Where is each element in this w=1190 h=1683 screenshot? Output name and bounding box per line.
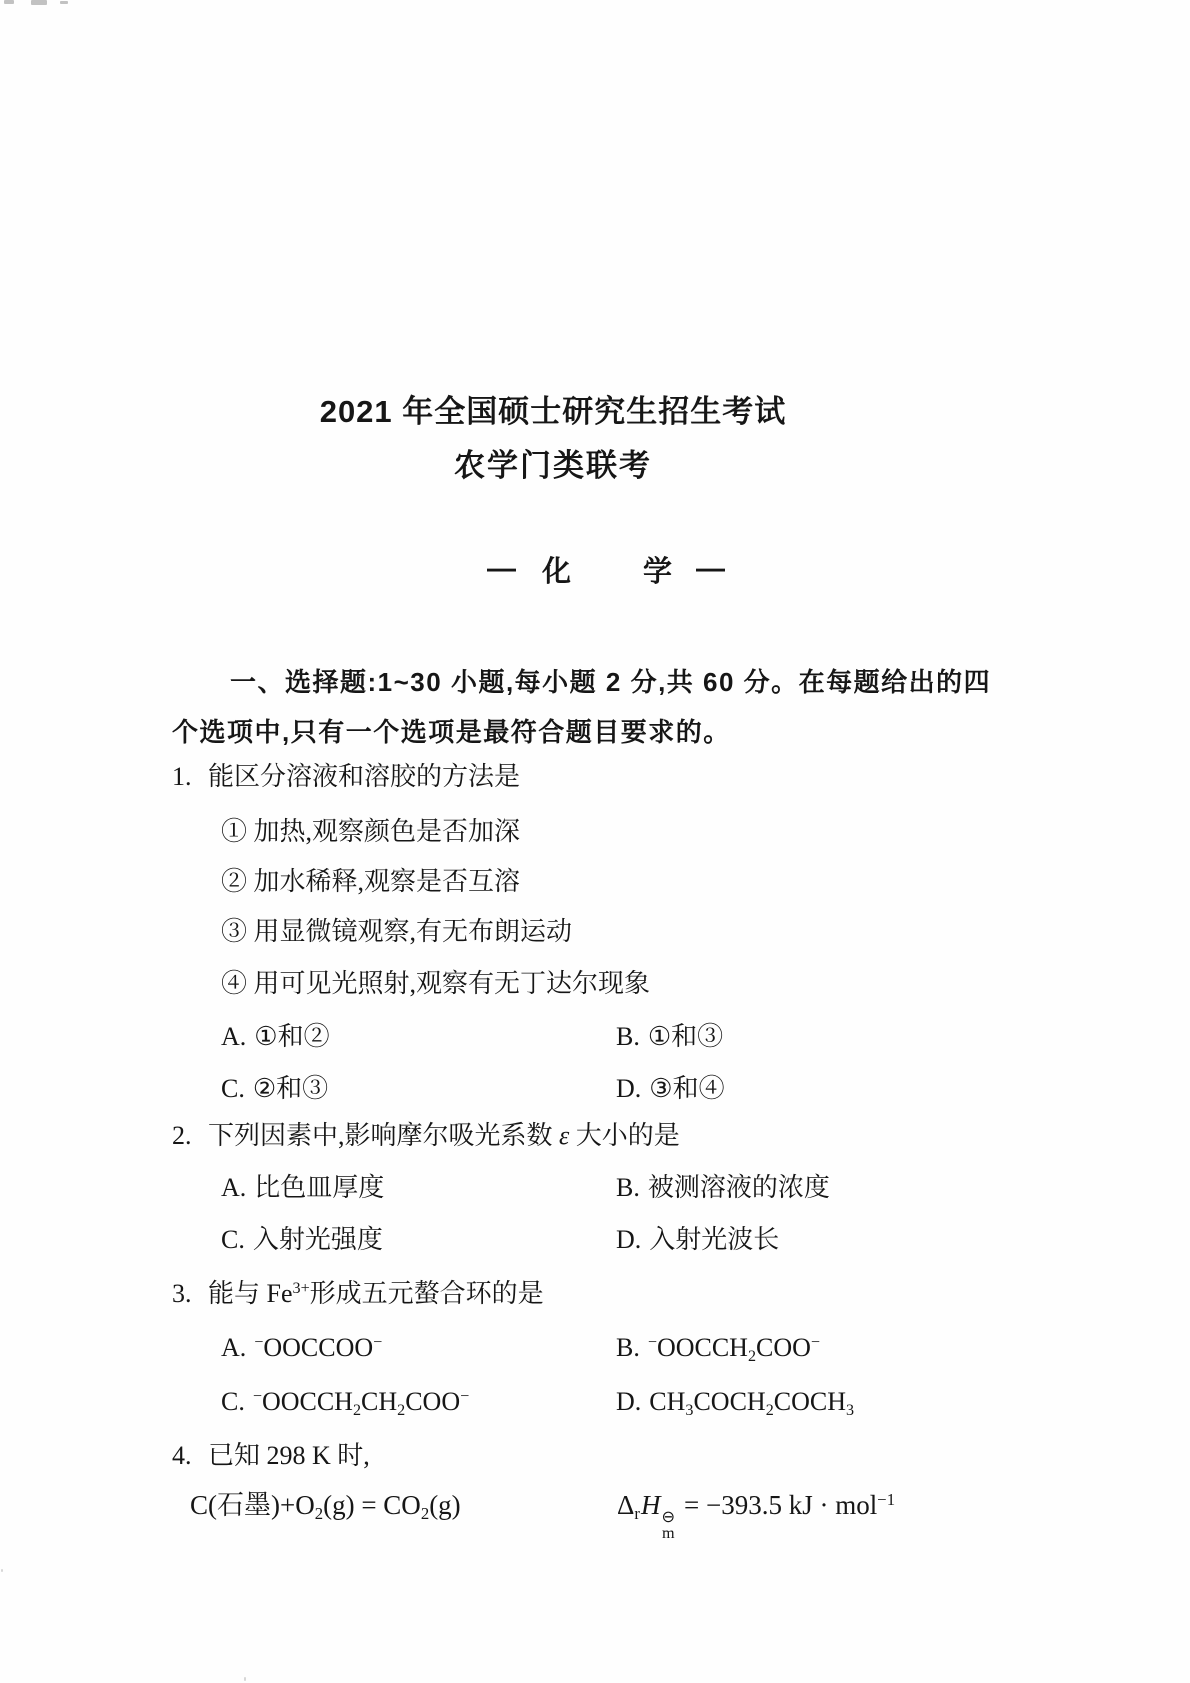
question-1: 1.能区分溶液和溶胶的方法是 xyxy=(172,759,520,795)
question-4-stem: 已知 298 K 时, xyxy=(208,1441,370,1470)
question-2-option-a: A.比色皿厚度 xyxy=(221,1170,616,1206)
question-3-option-a-formula: −OOCCOO− xyxy=(254,1333,382,1362)
question-2-option-a-label: A. xyxy=(221,1173,246,1202)
question-1-option-b-text: ①和③ xyxy=(648,1022,723,1051)
question-1-option-a: A.①和② xyxy=(221,1019,616,1055)
question-2-option-a-text: 比色皿厚度 xyxy=(254,1173,384,1202)
question-3-option-d-formula: CH3COCH2COCH3 xyxy=(649,1387,854,1416)
question-1-options-row-ab: A.①和② B.①和③ xyxy=(221,1019,723,1055)
enthalpy-value: = −393.5 kJ · mol xyxy=(684,1490,877,1520)
question-2-option-d-text: 入射光波长 xyxy=(649,1225,779,1254)
question-2-option-b: B.被测溶液的浓度 xyxy=(616,1170,830,1206)
scan-artifact xyxy=(31,0,47,5)
question-2: 2.下列因素中,影响摩尔吸光系数 ε 大小的是 xyxy=(172,1118,680,1154)
question-2-options-row-cd: C.入射光强度 D.入射光波长 xyxy=(221,1222,779,1258)
question-3-option-a-label: A. xyxy=(221,1333,246,1362)
question-4: 4.已知 298 K 时, xyxy=(172,1438,370,1474)
question-1-option-d-label: D. xyxy=(616,1074,641,1103)
question-3-option-b: B.−OOCCH2COO− xyxy=(616,1330,820,1366)
question-1-option-b: B.①和③ xyxy=(616,1019,723,1055)
question-2-option-b-label: B. xyxy=(616,1173,640,1202)
question-1-option-d-text: ③和④ xyxy=(649,1074,724,1103)
question-3-option-c: C.−OOCCH2CH2COO− xyxy=(221,1384,616,1420)
mol-exponent: −1 xyxy=(877,1490,895,1509)
question-3-option-c-label: C. xyxy=(221,1387,245,1416)
exam-paper-page: 2021 年全国硕士研究生招生考试 农学门类联考 — 化 学 — 一、选择题:1… xyxy=(0,0,1190,1683)
scan-artifact xyxy=(60,1,68,4)
question-3-options-row-ab: A.−OOCCOO− B.−OOCCH2COO− xyxy=(221,1330,820,1366)
question-3-option-c-formula: −OOCCH2CH2COO− xyxy=(253,1387,469,1416)
question-2-number: 2. xyxy=(172,1118,208,1154)
scan-artifact xyxy=(1,1569,3,1572)
question-3-stem: 能与 Fe3+形成五元螯合环的是 xyxy=(208,1279,544,1308)
delta-subscript: r xyxy=(634,1504,640,1523)
question-1-statement-1: ① 加热,观察颜色是否加深 xyxy=(221,814,520,850)
question-1-option-c-text: ②和③ xyxy=(253,1074,328,1103)
question-1-number: 1. xyxy=(172,759,208,795)
question-1-stem: 能区分溶液和溶胶的方法是 xyxy=(208,762,520,791)
question-3-option-d-label: D. xyxy=(616,1387,641,1416)
question-4-number: 4. xyxy=(172,1438,208,1474)
molar-subscript: m xyxy=(662,1525,675,1542)
question-1-option-a-label: A. xyxy=(221,1022,246,1051)
exam-title-line-2: 农学门类联考 xyxy=(0,440,1106,485)
subject-dash-right: — xyxy=(696,553,725,586)
question-2-option-d-label: D. xyxy=(616,1225,641,1254)
section-instructions-line-2: 个选项中,只有一个选项是最符合题目要求的。 xyxy=(172,714,731,750)
question-4-equation-row: C(石墨)+O2(g) = CO2(g) ΔrH⊖m= −393.5 kJ · … xyxy=(190,1487,461,1523)
question-1-option-b-label: B. xyxy=(616,1022,640,1051)
subject-dash-left: — xyxy=(487,553,516,586)
subject-heading: — 化 学 — xyxy=(487,549,725,590)
question-3: 3.能与 Fe3+形成五元螯合环的是 xyxy=(172,1276,544,1312)
question-3-option-b-label: B. xyxy=(616,1333,640,1362)
question-3-options-row-cd: C.−OOCCH2CH2COO− D.CH3COCH2COCH3 xyxy=(221,1384,854,1420)
delta-symbol: Δ xyxy=(617,1490,634,1520)
question-2-option-b-text: 被测溶液的浓度 xyxy=(648,1173,830,1202)
question-1-option-c-label: C. xyxy=(221,1074,245,1103)
question-3-option-a: A.−OOCCOO− xyxy=(221,1330,616,1366)
question-2-option-c: C.入射光强度 xyxy=(221,1222,616,1258)
question-2-option-d: D.入射光波长 xyxy=(616,1222,779,1258)
question-3-option-d: D.CH3COCH2COCH3 xyxy=(616,1384,854,1420)
equation-reaction: C(石墨)+O2(g) = CO2(g) xyxy=(190,1490,461,1520)
enthalpy-sub-sup-stack: ⊖m xyxy=(661,1508,675,1542)
question-2-option-c-label: C. xyxy=(221,1225,245,1254)
section-instructions-line-1: 一、选择题:1~30 小题,每小题 2 分,共 60 分。在每题给出的四 xyxy=(172,664,991,700)
question-2-stem: 下列因素中,影响摩尔吸光系数 ε 大小的是 xyxy=(208,1121,680,1150)
question-1-option-a-text: ①和② xyxy=(254,1022,329,1051)
question-1-statement-2: ② 加水稀释,观察是否互溶 xyxy=(221,864,520,900)
question-3-option-b-formula: −OOCCH2COO− xyxy=(648,1333,820,1362)
scan-artifact xyxy=(4,0,14,4)
enthalpy-symbol: H xyxy=(641,1490,661,1520)
question-1-option-d: D.③和④ xyxy=(616,1071,725,1107)
question-1-option-c: C.②和③ xyxy=(221,1071,616,1107)
question-1-statement-3: ③ 用显微镜观察,有无布朗运动 xyxy=(221,914,572,950)
subject-char-1: 化 xyxy=(542,549,571,590)
equation-enthalpy-term: ΔrH⊖m= −393.5 kJ · mol−1 xyxy=(617,1487,895,1542)
standard-state-symbol: ⊖ xyxy=(661,1508,675,1525)
question-2-option-c-text: 入射光强度 xyxy=(253,1225,383,1254)
question-1-options-row-cd: C.②和③ D.③和④ xyxy=(221,1071,725,1107)
subject-char-2: 学 xyxy=(643,549,672,590)
question-1-statement-4: ④ 用可见光照射,观察有无丁达尔现象 xyxy=(221,966,650,1002)
question-3-number: 3. xyxy=(172,1276,208,1312)
question-2-options-row-ab: A.比色皿厚度 B.被测溶液的浓度 xyxy=(221,1170,830,1206)
exam-title-line-1: 2021 年全国硕士研究生招生考试 xyxy=(0,386,1106,431)
scan-artifact xyxy=(244,1677,246,1681)
